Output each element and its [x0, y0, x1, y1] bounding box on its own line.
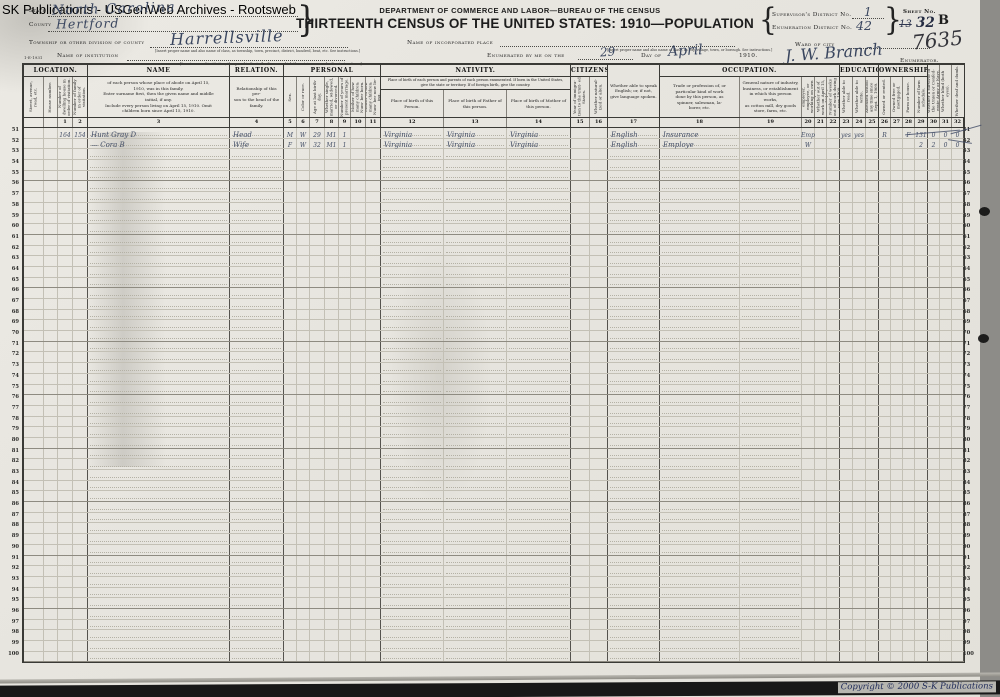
table-cell [339, 331, 351, 341]
census-scan-page: SK Publications - USGenWeb Archives - Ro… [0, 0, 1000, 697]
table-cell [879, 299, 891, 309]
table-cell [24, 534, 44, 544]
table-cell [88, 470, 230, 480]
table-cell [444, 513, 507, 523]
table-cell [853, 149, 866, 159]
table-cell [230, 630, 284, 640]
table-cell [740, 395, 802, 405]
table-cell [297, 652, 310, 662]
table-cell [827, 556, 840, 566]
handwritten-entry: F [906, 132, 910, 139]
table-cell [590, 374, 608, 384]
table-cell [608, 256, 660, 266]
table-cell [891, 171, 903, 181]
table-cell [853, 352, 866, 362]
table-cell [571, 620, 590, 630]
row-number: 69 [963, 317, 978, 328]
table-cell [507, 171, 571, 181]
table-row [24, 609, 964, 620]
table-cell [444, 491, 507, 501]
table-cell [915, 534, 928, 544]
table-cell [915, 288, 928, 298]
table-cell [590, 459, 608, 469]
table-cell [903, 267, 915, 277]
table-row [24, 192, 964, 203]
table-cell: Insurance [660, 128, 740, 138]
table-cell [44, 449, 58, 459]
table-cell [915, 598, 928, 608]
table-cell [325, 406, 339, 416]
table-cell [660, 192, 740, 202]
handwritten-entry: Virginia [384, 131, 412, 139]
table-cell [879, 331, 891, 341]
table-cell [44, 417, 58, 427]
table-cell [903, 449, 915, 459]
table-cell [903, 203, 915, 213]
table-cell [507, 406, 571, 416]
table-cell [88, 406, 230, 416]
table-cell [660, 235, 740, 245]
table-cell [740, 128, 802, 138]
table-cell [571, 214, 590, 224]
table-cell [928, 620, 940, 630]
table-cell [740, 320, 802, 330]
table-cell [58, 192, 73, 202]
table-cell [325, 267, 339, 277]
table-cell [297, 246, 310, 256]
table-cell [230, 566, 284, 576]
binder-hole [979, 207, 990, 216]
table-cell [866, 139, 879, 149]
table-cell: Employe [660, 139, 740, 149]
table-cell [339, 417, 351, 427]
table-cell [230, 620, 284, 630]
table-cell [366, 641, 381, 651]
table-cell [571, 438, 590, 448]
table-cell [802, 235, 815, 245]
table-cell [230, 523, 284, 533]
table-cell [325, 363, 339, 373]
table-cell [24, 598, 44, 608]
table-cell [88, 588, 230, 598]
table-cell [879, 352, 891, 362]
table-cell [827, 171, 840, 181]
table-cell [590, 224, 608, 234]
table-cell [590, 352, 608, 362]
table-cell [866, 556, 879, 566]
table-cell [928, 192, 940, 202]
table-cell: Virginia [444, 139, 507, 149]
table-cell [366, 320, 381, 330]
table-cell [853, 609, 866, 619]
table-cell [815, 203, 827, 213]
table-cell [381, 481, 444, 491]
table-cell [297, 171, 310, 181]
table-cell [840, 235, 853, 245]
table-cell [915, 620, 928, 630]
table-cell [590, 577, 608, 587]
table-cell [940, 267, 952, 277]
table-cell [310, 652, 325, 662]
row-number: 51 [4, 125, 19, 136]
table-cell [507, 310, 571, 320]
table-cell [903, 481, 915, 491]
table-cell [444, 534, 507, 544]
table-cell [866, 502, 879, 512]
table-cell [24, 630, 44, 640]
table-cell [840, 577, 853, 587]
table-cell [325, 641, 339, 651]
table-cell [381, 556, 444, 566]
table-cell [310, 598, 325, 608]
table-cell [24, 577, 44, 587]
form-number: 1-E-1931 [24, 55, 42, 60]
table-cell [827, 534, 840, 544]
table-cell [297, 267, 310, 277]
table-cell [297, 278, 310, 288]
table-cell [879, 235, 891, 245]
table-cell [297, 534, 310, 544]
table-cell [44, 566, 58, 576]
handwritten-entry: M1 [327, 132, 337, 139]
table-cell [507, 214, 571, 224]
table-cell [325, 609, 339, 619]
table-cell [88, 491, 230, 501]
table-cell [827, 577, 840, 587]
table-row [24, 395, 964, 406]
table-cell [325, 502, 339, 512]
row-number: 58 [963, 200, 978, 211]
table-cell: Head [230, 128, 284, 138]
column-group: Whether able to speak English; or, if no… [608, 65, 660, 117]
row-number: 76 [963, 392, 978, 403]
table-cell [73, 449, 88, 459]
table-cell [879, 577, 891, 587]
column-group-cols: Sex.Color or race.Age at last birth- day… [284, 77, 380, 117]
table-cell [940, 406, 952, 416]
table-cell [73, 395, 88, 405]
table-cell [802, 427, 815, 437]
table-cell [940, 310, 952, 320]
table-cell [339, 256, 351, 266]
institution-label: Name of institution [57, 53, 118, 59]
table-cell [58, 620, 73, 630]
table-cell [230, 438, 284, 448]
table-cell [339, 224, 351, 234]
table-cell [507, 641, 571, 651]
table-cell [660, 534, 740, 544]
table-cell [840, 545, 853, 555]
table-cell [891, 438, 903, 448]
table-cell [571, 171, 590, 181]
enumerated-month-value: April [668, 42, 704, 60]
table-cell [571, 630, 590, 640]
table-cell [740, 224, 802, 234]
table-cell [660, 331, 740, 341]
table-cell [507, 235, 571, 245]
table-cell [284, 171, 297, 181]
table-cell [366, 652, 381, 662]
table-cell [310, 449, 325, 459]
handwritten-entry: 1 [343, 142, 347, 149]
table-cell [351, 652, 366, 662]
table-cell [608, 556, 660, 566]
table-cell [866, 267, 879, 277]
table-cell [381, 449, 444, 459]
table-cell [310, 352, 325, 362]
table-cell [444, 192, 507, 202]
column-number: 25 [866, 118, 879, 127]
table-cell [507, 620, 571, 630]
table-cell [940, 598, 952, 608]
table-cell [310, 203, 325, 213]
table-cell [853, 214, 866, 224]
handwritten-entry: W [300, 142, 306, 149]
table-cell [915, 588, 928, 598]
table-cell [866, 342, 879, 352]
column-number: 29 [915, 118, 928, 127]
row-number: 72 [963, 349, 978, 360]
table-cell [740, 352, 802, 362]
table-cell [351, 363, 366, 373]
table-cell [879, 641, 891, 651]
table-cell [58, 395, 73, 405]
table-cell [891, 181, 903, 191]
table-cell [590, 128, 608, 138]
table-cell: Virginia [507, 128, 571, 138]
column-label: Number of dwelling house in order of vis… [58, 77, 71, 117]
table-cell [827, 459, 840, 469]
table-cell [351, 342, 366, 352]
table-cell [297, 491, 310, 501]
table-cell [891, 310, 903, 320]
table-cell [866, 224, 879, 234]
table-cell [891, 652, 903, 662]
table-cell [24, 652, 44, 662]
table-cell: 29 [310, 128, 325, 138]
table-cell [310, 299, 325, 309]
handwritten-entry: Virginia [510, 141, 538, 149]
table-cell [24, 320, 44, 330]
table-cell [88, 652, 230, 662]
table-cell [366, 395, 381, 405]
table-cell [915, 545, 928, 555]
table-cell [940, 491, 952, 501]
table-cell [891, 385, 903, 395]
table-cell [660, 299, 740, 309]
handwritten-entry: — Cora B [91, 141, 125, 149]
table-cell [815, 577, 827, 587]
table-cell [73, 641, 88, 651]
table-cell [660, 342, 740, 352]
table-cell [879, 534, 891, 544]
table-cell [891, 192, 903, 202]
table-cell [815, 459, 827, 469]
row-number: 73 [4, 360, 19, 371]
handwritten-entry: W [300, 132, 306, 139]
table-cell [740, 598, 802, 608]
row-number: 97 [963, 617, 978, 628]
row-number: 61 [963, 232, 978, 243]
table-cell [444, 641, 507, 651]
table-cell [351, 288, 366, 298]
table-cell [44, 385, 58, 395]
table-cell [840, 278, 853, 288]
table-cell [915, 246, 928, 256]
table-cell [284, 310, 297, 320]
table-cell [891, 235, 903, 245]
table-cell [297, 438, 310, 448]
table-cell [24, 214, 44, 224]
column-number: 31 [940, 118, 952, 127]
table-cell [928, 256, 940, 266]
row-number: 96 [963, 606, 978, 617]
table-cell [381, 470, 444, 480]
table-row [24, 267, 964, 278]
table-cell [827, 641, 840, 651]
table-cell [928, 395, 940, 405]
table-cell [815, 427, 827, 437]
table-cell [940, 459, 952, 469]
table-cell [590, 566, 608, 576]
column-group: RELATION.Relationship of this per- son t… [230, 65, 284, 117]
table-cell [73, 588, 88, 598]
table-cell [44, 331, 58, 341]
table-cell [802, 385, 815, 395]
table-cell [58, 267, 73, 277]
table-cell [310, 374, 325, 384]
table-cell [325, 331, 339, 341]
table-cell [840, 363, 853, 373]
column-number: 11 [366, 118, 381, 127]
table-cell [915, 235, 928, 245]
table-row [24, 438, 964, 449]
table-cell [827, 128, 840, 138]
table-cell [351, 620, 366, 630]
table-cell [325, 556, 339, 566]
table-cell [44, 620, 58, 630]
column-label: Whether single, married, widowed, or div… [325, 77, 338, 117]
table-cell [940, 385, 952, 395]
table-cell [608, 491, 660, 501]
table-cell [325, 235, 339, 245]
table-cell [853, 502, 866, 512]
table-cell [827, 181, 840, 191]
table-cell [325, 181, 339, 191]
table-cell [73, 566, 88, 576]
table-row [24, 427, 964, 438]
table-cell [879, 267, 891, 277]
table-cell [284, 320, 297, 330]
table-cell [310, 566, 325, 576]
column-label: Farm or house. [906, 82, 910, 113]
table-cell [815, 256, 827, 266]
table-cell [940, 256, 952, 266]
table-row [24, 299, 964, 310]
table-cell [24, 427, 44, 437]
table-cell [297, 203, 310, 213]
table-cell [879, 374, 891, 384]
table-cell [940, 630, 952, 640]
table-cell [840, 630, 853, 640]
column-header: Street, avenue, road, etc. [24, 77, 44, 117]
table-cell [879, 160, 891, 170]
table-cell [879, 502, 891, 512]
table-cell [444, 566, 507, 576]
table-cell [24, 352, 44, 362]
table-cell [879, 171, 891, 181]
table-cell [827, 620, 840, 630]
table-cell [840, 385, 853, 395]
table-cell [444, 459, 507, 469]
table-cell [827, 374, 840, 384]
table-cell [891, 267, 903, 277]
table-cell [571, 556, 590, 566]
table-cell [325, 598, 339, 608]
table-cell [44, 299, 58, 309]
table-cell [903, 256, 915, 266]
table-cell [840, 556, 853, 566]
table-cell [915, 449, 928, 459]
table-cell [284, 449, 297, 459]
table-cell [73, 278, 88, 288]
table-cell [381, 609, 444, 619]
table-cell [310, 310, 325, 320]
table-cell [507, 352, 571, 362]
table-cell [853, 139, 866, 149]
table-cell [230, 342, 284, 352]
column-label: Year of immigra- tion to the Unit- ed St… [573, 77, 586, 117]
column-label: House number. [48, 82, 52, 113]
sheet-number-struck: 13 [899, 19, 912, 30]
table-cell [366, 278, 381, 288]
table-cell [802, 609, 815, 619]
column-label: General nature of industry, business, or… [740, 80, 801, 113]
table-cell [802, 288, 815, 298]
table-cell [660, 267, 740, 277]
table-cell [339, 406, 351, 416]
table-cell [915, 630, 928, 640]
table-cell [815, 246, 827, 256]
table-cell [853, 641, 866, 651]
table-cell [590, 523, 608, 533]
table-cell [903, 598, 915, 608]
table-cell [608, 171, 660, 181]
column-number: 22 [827, 118, 840, 127]
table-cell: Hunt Gray D [88, 128, 230, 138]
table-cell [915, 192, 928, 202]
column-group-cols: Year of immigra- tion to the Unit- ed St… [571, 77, 607, 117]
table-cell [660, 459, 740, 469]
table-cell [940, 513, 952, 523]
table-cell [827, 427, 840, 437]
table-cell: W [802, 139, 815, 149]
table-cell [879, 246, 891, 256]
table-cell [891, 620, 903, 630]
row-number: 88 [4, 520, 19, 531]
table-cell [24, 363, 44, 373]
row-number: 70 [963, 328, 978, 339]
table-cell [297, 577, 310, 587]
table-cell [297, 481, 310, 491]
table-cell [44, 598, 58, 608]
table-cell [297, 385, 310, 395]
table-cell [88, 331, 230, 341]
table-cell [928, 545, 940, 555]
page-number-scrawl: 7635 [911, 25, 964, 54]
table-cell [815, 481, 827, 491]
table-cell [903, 417, 915, 427]
